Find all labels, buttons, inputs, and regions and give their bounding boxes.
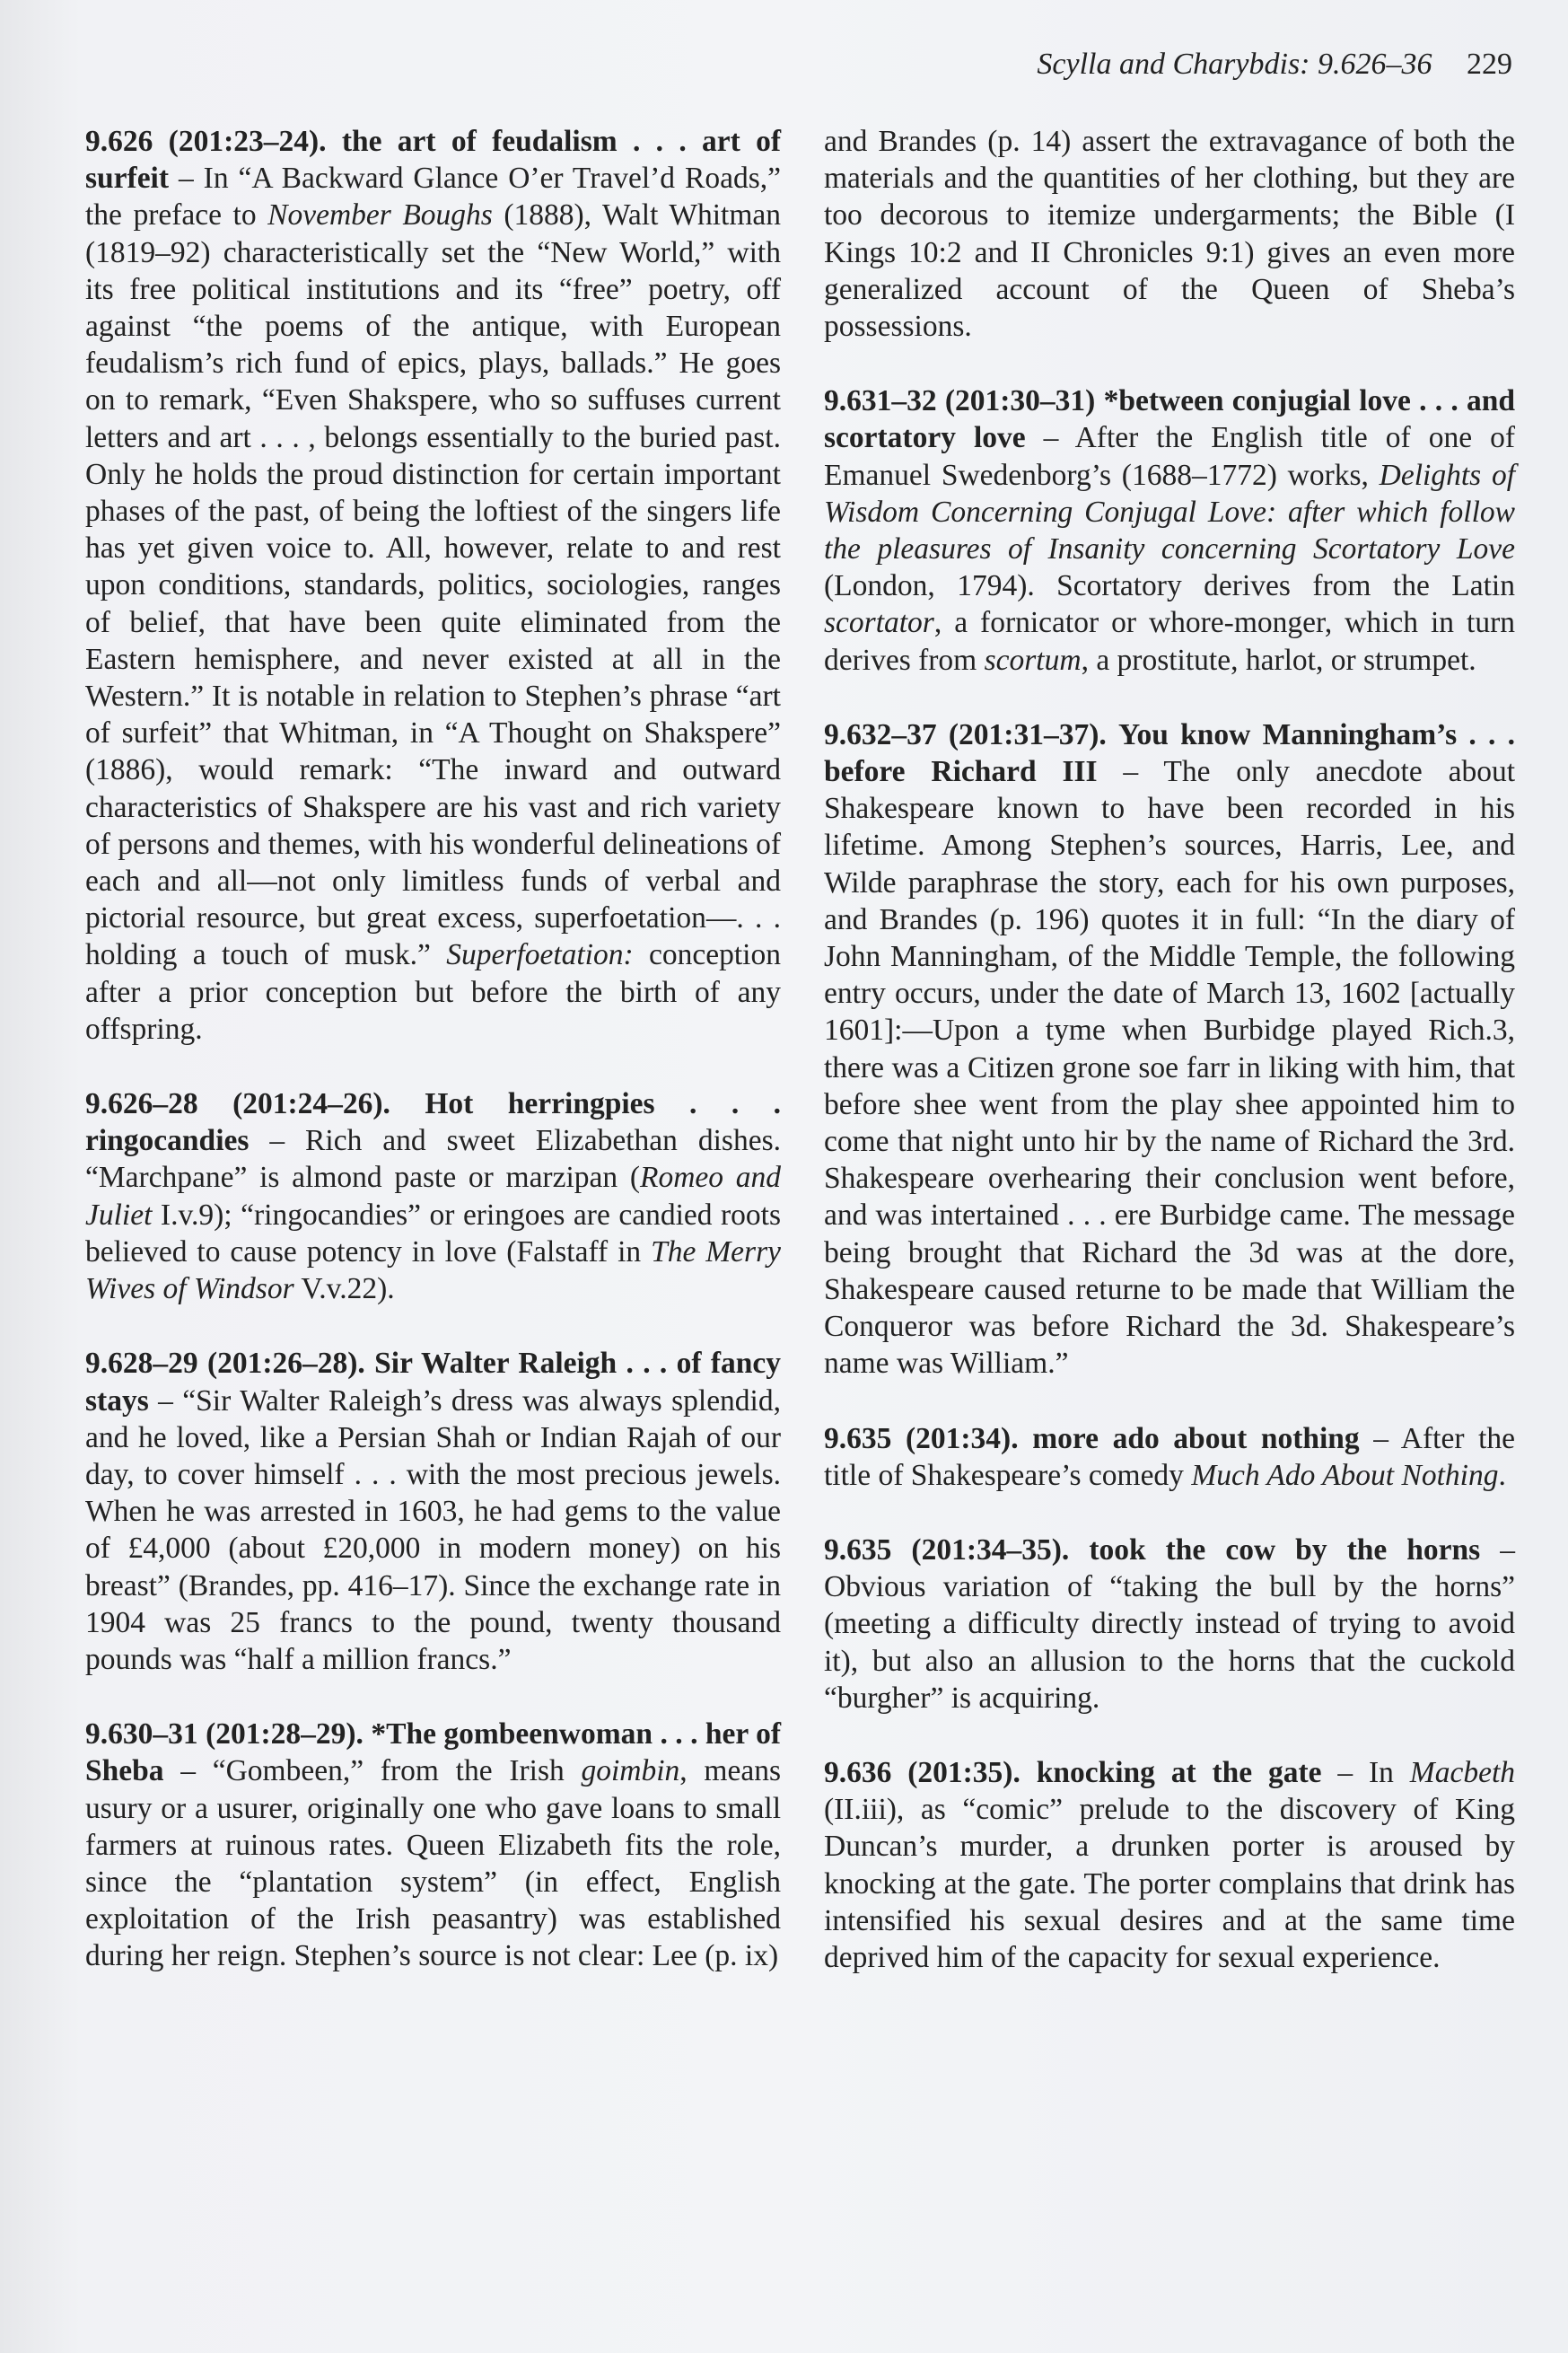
body-text: (1888), Walt Whitman (1819–92) character… [85, 198, 781, 971]
entry-lemma: knocking at the gate [1037, 1756, 1322, 1789]
annotation-entry: 9.635 (201:34–35). took the cow by the h… [824, 1532, 1515, 1716]
italic-text: November Boughs [267, 198, 493, 232]
entry-reference: 9.626–28 (201:24–26). [85, 1087, 390, 1120]
body-text: – The only anecdote about Shakespeare kn… [824, 755, 1515, 1380]
entry-body: – The only anecdote about Shakespeare kn… [824, 755, 1515, 1380]
body-text: V.v.22). [294, 1272, 395, 1305]
annotation-continuation: and Brandes (p. 14) assert the extravaga… [824, 123, 1515, 345]
running-head-title: Scylla and Charybdis: 9.626–36 [1037, 48, 1432, 81]
book-page: Scylla and Charybdis: 9.626–36 229 9.626… [0, 0, 1568, 2353]
annotation-entry: 9.630–31 (201:28–29). *The gombeenwoman … [85, 1716, 781, 1974]
entry-body: – In “A Backward Glance O’er Travel’d Ro… [85, 162, 781, 1046]
body-text: and Brandes (p. 14) assert the extravaga… [824, 125, 1515, 343]
body-text: – In [1322, 1756, 1410, 1789]
entry-body: – “Gombeen,” from the Irish goimbin, mea… [85, 1754, 781, 1972]
left-column: 9.626 (201:23–24). the art of feudalism … [85, 123, 781, 2013]
annotation-entry: 9.631–32 (201:30–31) *between conjugial … [824, 382, 1515, 679]
entry-reference: 9.635 (201:34–35). [824, 1533, 1069, 1567]
entry-body: – After the English title of one of Eman… [824, 421, 1515, 676]
annotation-entry: 9.626 (201:23–24). the art of feudalism … [85, 123, 781, 1048]
page-number: 229 [1467, 48, 1512, 81]
italic-text: scortum [985, 644, 1082, 677]
entry-reference: 9.628–29 (201:26–28). [85, 1347, 365, 1380]
entry-reference: 9.635 (201:34). [824, 1422, 1019, 1455]
annotation-entry: 9.626–28 (201:24–26). Hot herringpies . … [85, 1085, 781, 1307]
body-text: (II.iii), as “comic” prelude to the disc… [824, 1793, 1515, 1974]
entry-reference: 9.630–31 (201:28–29). [85, 1717, 364, 1751]
italic-text: scortator [824, 606, 934, 639]
entry-reference: 9.626 (201:23–24). [85, 125, 327, 158]
italic-text: Superfoetation: [446, 938, 633, 971]
italic-text: Macbeth [1410, 1756, 1515, 1789]
entry-lemma: took the cow by the horns [1089, 1533, 1480, 1567]
body-text: – “Sir Walter Raleigh’s dress was always… [85, 1384, 781, 1676]
running-head: Scylla and Charybdis: 9.626–36 229 [1037, 47, 1512, 83]
entry-lemma: more ado about nothing [1032, 1422, 1360, 1455]
annotation-entry: 9.635 (201:34). more ado about nothing –… [824, 1420, 1515, 1494]
annotation-entry: 9.632–37 (201:31–37). You know Manningha… [824, 716, 1515, 1383]
entry-reference: 9.631–32 (201:30–31) [824, 384, 1095, 417]
body-text: – “Gombeen,” from the Irish [164, 1754, 582, 1787]
italic-text: goimbin [581, 1754, 679, 1787]
entry-body: and Brandes (p. 14) assert the extravaga… [824, 125, 1515, 343]
entry-reference: 9.636 (201:35). [824, 1756, 1021, 1789]
body-text: (London, 1794). Scortatory derives from … [824, 569, 1515, 602]
italic-text: Much Ado About Nothing [1191, 1459, 1498, 1492]
annotation-entry: 9.636 (201:35). knocking at the gate – I… [824, 1754, 1515, 1976]
right-column: and Brandes (p. 14) assert the extravaga… [824, 123, 1515, 2014]
entry-reference: 9.632–37 (201:31–37). [824, 718, 1107, 751]
body-text: . [1498, 1459, 1505, 1492]
body-text: , a prostitute, harlot, or strumpet. [1082, 644, 1476, 677]
entry-body: – “Sir Walter Raleigh’s dress was always… [85, 1384, 781, 1676]
annotation-entry: 9.628–29 (201:26–28). Sir Walter Raleigh… [85, 1345, 781, 1678]
